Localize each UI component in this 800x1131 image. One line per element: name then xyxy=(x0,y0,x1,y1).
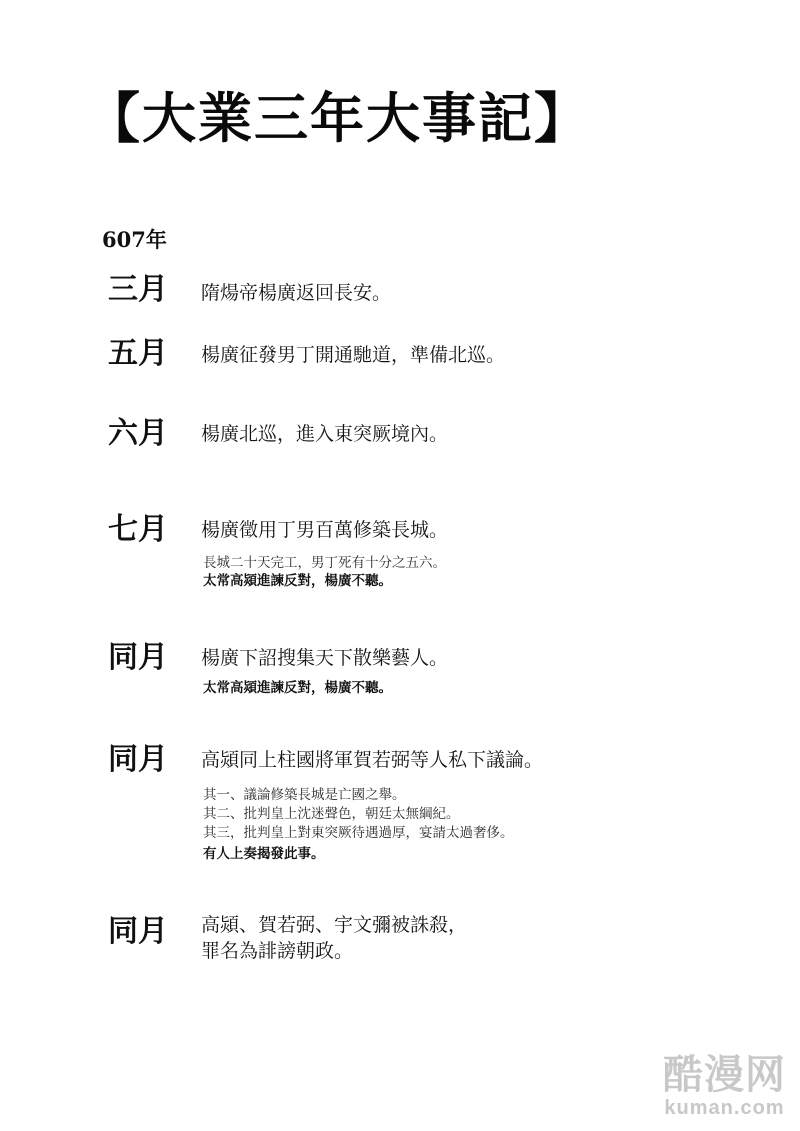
event-text: 隋煬帝楊廣返回長安。 xyxy=(201,280,391,306)
event-note: 太常高熲進諫反對，楊廣不聽。 xyxy=(203,679,392,698)
watermark-url: kuman.com xyxy=(663,1097,786,1119)
watermark-logo-text: 酷漫网 xyxy=(663,1053,786,1097)
event-note: 太常高熲進諫反對，楊廣不聽。 xyxy=(203,572,392,591)
month-label: 五月 xyxy=(108,334,168,374)
page-title: 【大業三年大事記】 xyxy=(86,78,590,158)
year-heading: 607年 xyxy=(102,226,167,254)
event-note: 其一、議論修築長城是亡國之舉。 xyxy=(203,786,406,805)
event-text: 楊廣征發男丁開通馳道，準備北巡。 xyxy=(201,342,505,368)
event-note: 其二、批判皇上沈迷聲色，朝廷太無綱紀。 xyxy=(203,805,460,824)
month-label: 同月 xyxy=(108,638,168,678)
month-label: 六月 xyxy=(108,414,168,454)
month-label: 同月 xyxy=(108,740,168,780)
event-note: 有人上奏揭發此事。 xyxy=(203,845,325,864)
month-label: 同月 xyxy=(108,912,168,952)
event-text: 楊廣徵用丁男百萬修築長城。 xyxy=(201,517,448,543)
event-note: 長城二十天完工，男丁死有十分之五六。 xyxy=(203,554,446,573)
event-text-line-1: 高熲、賀若弼、宇文彌被誅殺， xyxy=(201,912,467,938)
month-label: 三月 xyxy=(108,270,168,310)
event-note: 其三，批判皇上對東突厥待遇過厚，宴請太過奢侈。 xyxy=(203,824,514,843)
event-text: 楊廣下詔搜集天下散樂藝人。 xyxy=(201,645,448,671)
watermark: 酷漫网 kuman.com xyxy=(663,1053,786,1119)
event-text: 高熲同上柱國將軍賀若弼等人私下議論。 xyxy=(201,747,543,773)
event-text: 楊廣北巡，進入東突厥境內。 xyxy=(201,421,448,447)
month-label: 七月 xyxy=(108,510,168,550)
event-text-line-2: 罪名為誹謗朝政。 xyxy=(201,938,353,964)
